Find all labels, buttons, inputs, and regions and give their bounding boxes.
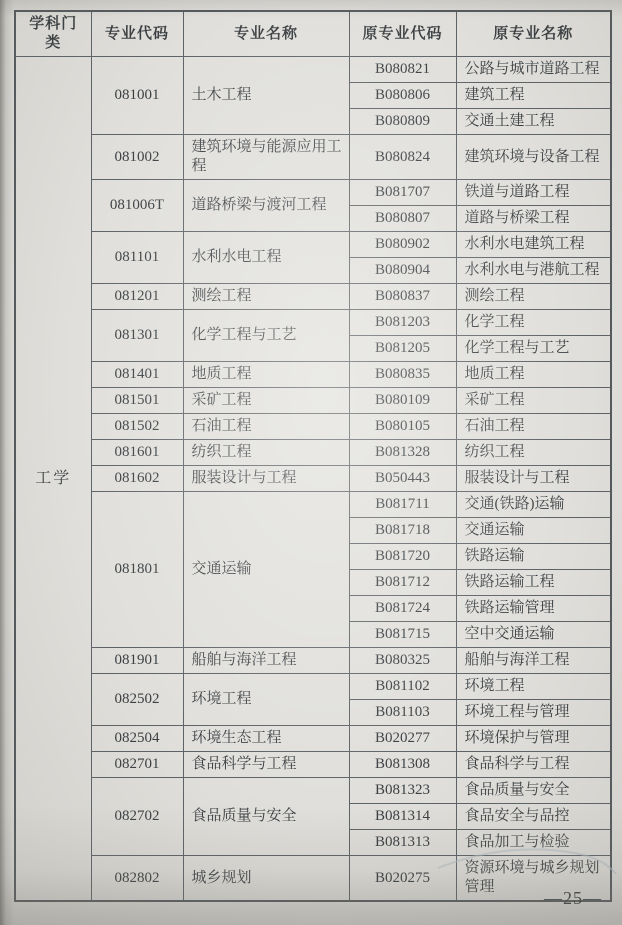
old-major-code-cell: B020275 <box>349 856 456 902</box>
old-major-code-cell: B080835 <box>349 362 456 388</box>
old-major-name-cell: 道路与桥梁工程 <box>456 206 611 232</box>
old-major-code-cell: B081720 <box>349 544 456 570</box>
old-major-code-cell: B081102 <box>349 674 456 700</box>
old-major-name-cell: 纺织工程 <box>456 440 611 466</box>
col-header-old-major-name: 原专业名称 <box>456 11 611 57</box>
scanned-page: 学科门类 专业代码 专业名称 原专业代码 原专业名称 工学081001土木工程B… <box>0 0 622 925</box>
old-major-code-cell: B080809 <box>349 109 456 135</box>
page-number: —25— <box>544 888 602 909</box>
table-row: 工学081001土木工程B080821公路与城市道路工程 <box>15 57 611 83</box>
old-major-name-cell: 化学工程与工艺 <box>456 336 611 362</box>
major-code-cell: 081401 <box>91 362 183 388</box>
old-major-code-cell: B081205 <box>349 336 456 362</box>
old-major-name-cell: 食品科学与工程 <box>456 752 611 778</box>
old-major-code-cell: B080325 <box>349 648 456 674</box>
old-major-code-cell: B080837 <box>349 284 456 310</box>
major-code-cell: 081002 <box>91 135 183 180</box>
major-name-cell: 环境生态工程 <box>183 726 349 752</box>
old-major-name-cell: 建筑环境与设备工程 <box>456 135 611 180</box>
table-row: 082701食品科学与工程B081308食品科学与工程 <box>15 752 611 778</box>
table-row: 081006T道路桥梁与渡河工程B081707铁道与道路工程 <box>15 180 611 206</box>
major-name-cell: 石油工程 <box>183 414 349 440</box>
old-major-name-cell: 公路与城市道路工程 <box>456 57 611 83</box>
old-major-code-cell: B080807 <box>349 206 456 232</box>
major-code-cell: 081601 <box>91 440 183 466</box>
col-header-discipline-category: 学科门类 <box>15 11 91 57</box>
major-code-cell: 082701 <box>91 752 183 778</box>
col-header-major-code: 专业代码 <box>91 11 183 57</box>
old-major-code-cell: B050443 <box>349 466 456 492</box>
major-name-cell: 城乡规划 <box>183 856 349 902</box>
old-major-name-cell: 船舶与海洋工程 <box>456 648 611 674</box>
old-major-name-cell: 地质工程 <box>456 362 611 388</box>
col-header-major-name: 专业名称 <box>183 11 349 57</box>
old-major-code-cell: B081711 <box>349 492 456 518</box>
old-major-name-cell: 交通运输 <box>456 518 611 544</box>
major-name-cell: 水利水电工程 <box>183 232 349 284</box>
old-major-code-cell: B081715 <box>349 622 456 648</box>
table-row: 081401地质工程B080835地质工程 <box>15 362 611 388</box>
old-major-code-cell: B081103 <box>349 700 456 726</box>
discipline-category-cell: 工学 <box>15 57 91 902</box>
old-major-code-cell: B080824 <box>349 135 456 180</box>
table-row: 081801交通运输B081711交通(铁路)运输 <box>15 492 611 518</box>
old-major-code-cell: B080902 <box>349 232 456 258</box>
old-major-name-cell: 食品加工与检验 <box>456 830 611 856</box>
old-major-name-cell: 水利水电与港航工程 <box>456 258 611 284</box>
major-name-cell: 交通运输 <box>183 492 349 648</box>
major-code-cell: 082504 <box>91 726 183 752</box>
table-row: 081502石油工程B080105石油工程 <box>15 414 611 440</box>
old-major-code-cell: B080109 <box>349 388 456 414</box>
major-name-cell: 测绘工程 <box>183 284 349 310</box>
table-row: 082702食品质量与安全B081323食品质量与安全 <box>15 778 611 804</box>
major-name-cell: 食品科学与工程 <box>183 752 349 778</box>
major-code-cell: 081502 <box>91 414 183 440</box>
major-name-cell: 船舶与海洋工程 <box>183 648 349 674</box>
table-row: 081501采矿工程B080109采矿工程 <box>15 388 611 414</box>
old-major-name-cell: 交通土建工程 <box>456 109 611 135</box>
old-major-name-cell: 食品安全与品控 <box>456 804 611 830</box>
major-code-cell: 082802 <box>91 856 183 902</box>
major-code-cell: 081101 <box>91 232 183 284</box>
old-major-name-cell: 服装设计与工程 <box>456 466 611 492</box>
major-name-cell: 服装设计与工程 <box>183 466 349 492</box>
old-major-code-cell: B081203 <box>349 310 456 336</box>
major-code-cell: 081901 <box>91 648 183 674</box>
major-name-cell: 建筑环境与能源应用工程 <box>183 135 349 180</box>
col-header-old-major-code: 原专业代码 <box>349 11 456 57</box>
table-row: 082802城乡规划B020275资源环境与城乡规划管理 <box>15 856 611 902</box>
old-major-code-cell: B081308 <box>349 752 456 778</box>
old-major-code-cell: B081718 <box>349 518 456 544</box>
major-code-cell: 081006T <box>91 180 183 232</box>
old-major-code-cell: B080821 <box>349 57 456 83</box>
old-major-code-cell: B080904 <box>349 258 456 284</box>
table-row: 081602服装设计与工程B050443服装设计与工程 <box>15 466 611 492</box>
old-major-name-cell: 铁路运输管理 <box>456 596 611 622</box>
old-major-code-cell: B080806 <box>349 83 456 109</box>
table-row: 081301化学工程与工艺B081203化学工程 <box>15 310 611 336</box>
old-major-name-cell: 测绘工程 <box>456 284 611 310</box>
old-major-code-cell: B081313 <box>349 830 456 856</box>
major-code-cell: 082502 <box>91 674 183 726</box>
old-major-name-cell: 铁道与道路工程 <box>456 180 611 206</box>
old-major-name-cell: 化学工程 <box>456 310 611 336</box>
old-major-name-cell: 环境工程 <box>456 674 611 700</box>
old-major-code-cell: B081328 <box>349 440 456 466</box>
old-major-name-cell: 建筑工程 <box>456 83 611 109</box>
major-name-cell: 道路桥梁与渡河工程 <box>183 180 349 232</box>
old-major-name-cell: 水利水电建筑工程 <box>456 232 611 258</box>
table-row: 082504环境生态工程B020277环境保护与管理 <box>15 726 611 752</box>
table-header-row: 学科门类 专业代码 专业名称 原专业代码 原专业名称 <box>15 11 611 57</box>
major-name-cell: 化学工程与工艺 <box>183 310 349 362</box>
old-major-code-cell: B081314 <box>349 804 456 830</box>
major-name-cell: 土木工程 <box>183 57 349 135</box>
old-major-code-cell: B081724 <box>349 596 456 622</box>
major-code-mapping-table: 学科门类 专业代码 专业名称 原专业代码 原专业名称 工学081001土木工程B… <box>14 10 612 902</box>
old-major-name-cell: 石油工程 <box>456 414 611 440</box>
table-row: 081002建筑环境与能源应用工程B080824建筑环境与设备工程 <box>15 135 611 180</box>
major-name-cell: 地质工程 <box>183 362 349 388</box>
old-major-name-cell: 铁路运输工程 <box>456 570 611 596</box>
major-code-cell: 081501 <box>91 388 183 414</box>
old-major-code-cell: B081707 <box>349 180 456 206</box>
table-row: 081901船舶与海洋工程B080325船舶与海洋工程 <box>15 648 611 674</box>
old-major-name-cell: 铁路运输 <box>456 544 611 570</box>
major-name-cell: 采矿工程 <box>183 388 349 414</box>
table-row: 081201测绘工程B080837测绘工程 <box>15 284 611 310</box>
table-body: 工学081001土木工程B080821公路与城市道路工程B080806建筑工程B… <box>15 57 611 902</box>
major-code-cell: 081801 <box>91 492 183 648</box>
old-major-name-cell: 空中交通运输 <box>456 622 611 648</box>
table-row: 081601纺织工程B081328纺织工程 <box>15 440 611 466</box>
old-major-name-cell: 环境工程与管理 <box>456 700 611 726</box>
old-major-name-cell: 食品质量与安全 <box>456 778 611 804</box>
old-major-name-cell: 交通(铁路)运输 <box>456 492 611 518</box>
major-code-cell: 081602 <box>91 466 183 492</box>
old-major-code-cell: B081712 <box>349 570 456 596</box>
old-major-name-cell: 环境保护与管理 <box>456 726 611 752</box>
table-row: 082502环境工程B081102环境工程 <box>15 674 611 700</box>
table-row: 081101水利水电工程B080902水利水电建筑工程 <box>15 232 611 258</box>
old-major-name-cell: 采矿工程 <box>456 388 611 414</box>
major-code-cell: 081201 <box>91 284 183 310</box>
old-major-code-cell: B081323 <box>349 778 456 804</box>
major-code-cell: 081001 <box>91 57 183 135</box>
major-name-cell: 食品质量与安全 <box>183 778 349 856</box>
major-name-cell: 环境工程 <box>183 674 349 726</box>
major-code-cell: 081301 <box>91 310 183 362</box>
major-code-cell: 082702 <box>91 778 183 856</box>
old-major-code-cell: B080105 <box>349 414 456 440</box>
old-major-code-cell: B020277 <box>349 726 456 752</box>
major-name-cell: 纺织工程 <box>183 440 349 466</box>
